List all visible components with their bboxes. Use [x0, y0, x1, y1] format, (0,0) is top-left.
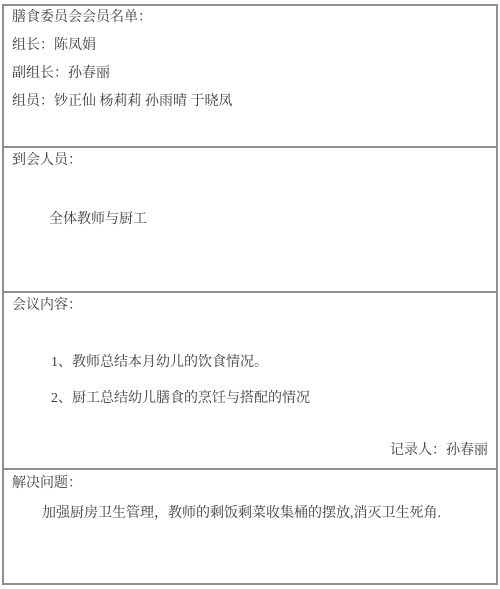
section-problem-solving: 解决问题： 加强厨房卫生管理，教师的剩饭剩菜收集桶的摆放,消灭卫生死角. [4, 470, 496, 581]
committee-leader: 组长：陈凤娟 [12, 38, 96, 54]
committee-members: 组员：钞正仙 杨莉莉 孙雨晴 于晓凤 [12, 94, 233, 110]
meeting-content-item-1: 1、教师总结本月幼儿的饮食情况。 [51, 355, 268, 371]
meeting-content-item-2: 2、厨工总结幼儿膳食的烹饪与搭配的情况 [51, 391, 310, 407]
problem-solving-content: 加强厨房卫生管理，教师的剩饭剩菜收集桶的摆放,消灭卫生死角. [42, 506, 441, 522]
section-committee-roster: 膳食委员会会员名单： 组长：陈凤娟 副组长：孙春丽 组员：钞正仙 杨莉莉 孙雨晴… [4, 6, 496, 148]
meeting-content-label: 会议内容： [12, 298, 82, 314]
section-meeting-content: 会议内容： 1、教师总结本月幼儿的饮食情况。 2、厨工总结幼儿膳食的烹饪与搭配的… [4, 293, 496, 470]
attendees-content: 全体教师与厨工 [49, 212, 147, 228]
committee-roster-title: 膳食委员会会员名单： [12, 10, 152, 26]
problem-solving-label: 解决问题： [12, 476, 82, 492]
section-attendees: 到会人员： 全体教师与厨工 [4, 148, 496, 293]
attendees-label: 到会人员： [12, 153, 82, 169]
meeting-record-table: 膳食委员会会员名单： 组长：陈凤娟 副组长：孙春丽 组员：钞正仙 杨莉莉 孙雨晴… [2, 4, 498, 585]
recorder-signature: 记录人：孙春丽 [390, 443, 488, 459]
committee-deputy-leader: 副组长：孙春丽 [12, 66, 110, 82]
